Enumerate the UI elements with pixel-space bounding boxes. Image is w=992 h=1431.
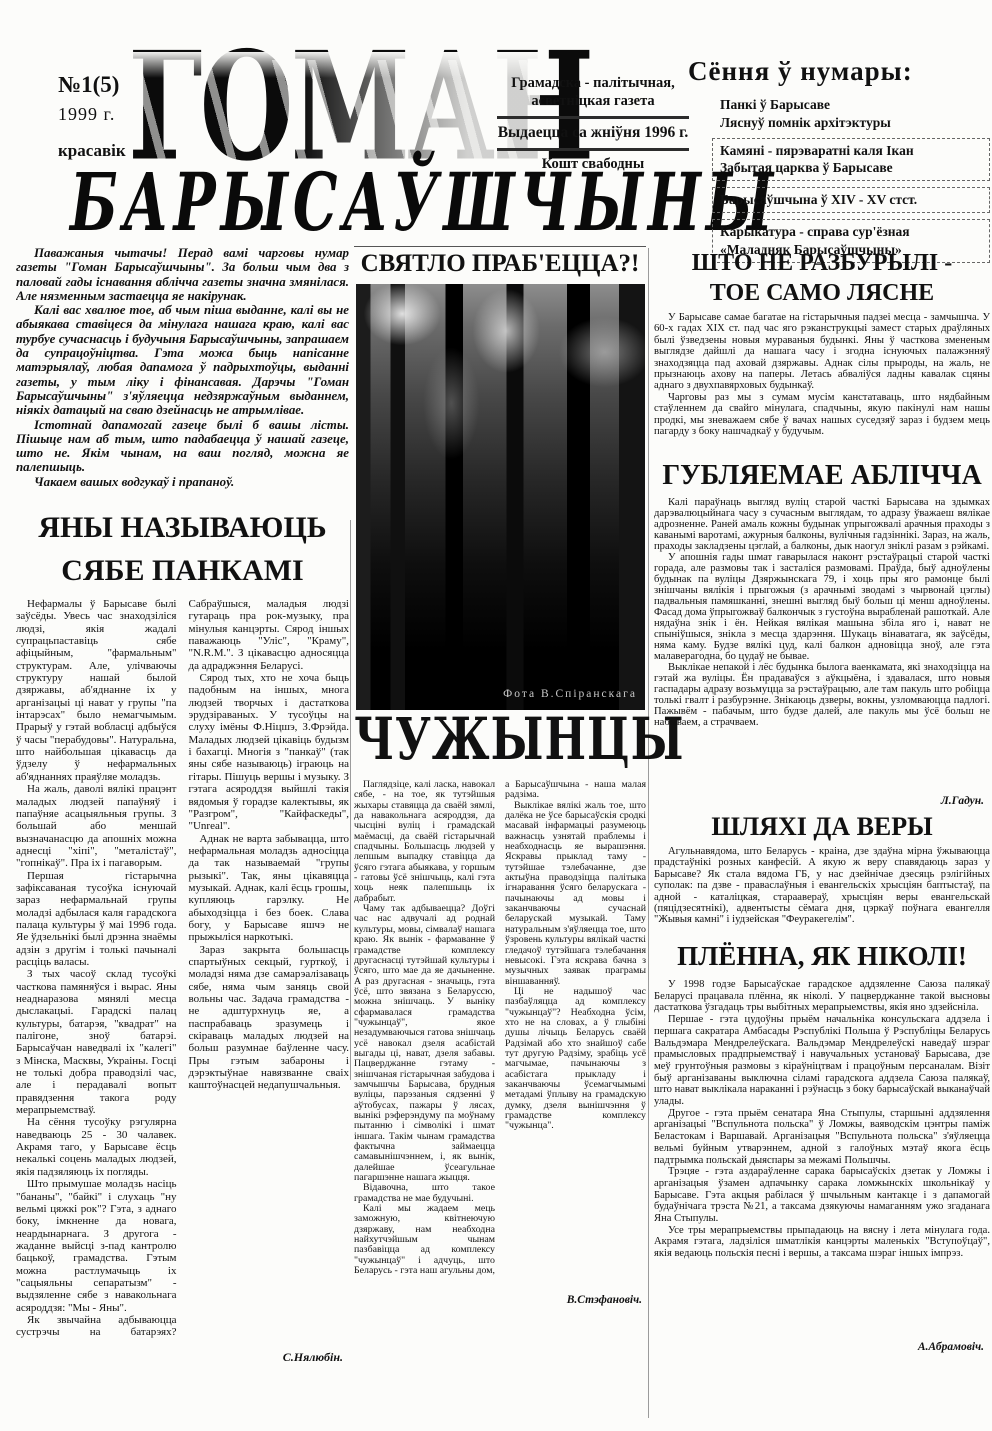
article-title-faith: ШЛЯХІ ДА ВЕРЫ xyxy=(654,812,990,842)
byline-fruitful: А.Абрамовіч. xyxy=(654,1341,984,1353)
today-in-issue-list: Панкі ў Барысаве Ляснуў помнік архітэкту… xyxy=(712,96,990,263)
byline-strangers: В.Стэфановіч. xyxy=(354,1294,642,1306)
paragraph: Калі параўнаць выгляд вуліц старой частк… xyxy=(654,497,990,552)
article-title-strangers: ЧУЖЫНЦЫ xyxy=(354,706,646,773)
toc-item: Камяні - пярэваратні каля Ікан Забытая ц… xyxy=(712,138,990,182)
toc-item: Панкі ў Барысаве Ляснуў помнік архітэкту… xyxy=(712,96,990,132)
toc-line: Камяні - пярэваратні каля Ікан xyxy=(720,142,982,160)
byline-punks: С.Нялюбін. xyxy=(16,1350,343,1365)
divider xyxy=(497,116,689,119)
paragraph: Аднак не варта забывацца, што нефармальн… xyxy=(189,833,350,944)
article-title-fruitful: ПЛЁННА, ЯК НІКОЛІ! xyxy=(654,941,990,972)
paragraph: Паглядзіце, калі ласка, навокал сябе, - … xyxy=(354,780,495,904)
title-line: СЯБЕ ПАНКАМІ xyxy=(16,549,349,592)
paragraph: Чаму так адбываецца? Доўгі час нас адвуч… xyxy=(354,904,495,1183)
column-divider xyxy=(350,520,351,1080)
paper-type-line1: Грамадска - палітычная, xyxy=(497,74,689,92)
price-label: Кошт свабодны xyxy=(497,156,689,173)
paragraph: Сярод тых, хто не хоча быць падобным на … xyxy=(189,672,350,832)
publication-info: Грамадска - палітычная, асветніцкая газе… xyxy=(497,74,689,173)
paragraph: Нефармалы ў Барысаве былі заўсёды. Увесь… xyxy=(16,598,177,783)
newspaper-front-page: №1(5) 1999 г. красавік ГОМАН БАРЫСАЎШЧЫН… xyxy=(0,0,992,1431)
toc-line: Забытая царква ў Барысаве xyxy=(720,159,982,177)
forest-photo: Фота В.Спіранскага xyxy=(356,284,645,710)
paragraph: Выклікае непакой і лёс будынка былога ва… xyxy=(654,662,990,728)
article-body-fruitful: У 1998 годзе Барысаўскае гарадское аддзя… xyxy=(654,979,990,1339)
paragraph: З тых часоў склад тусоўкі часткова памян… xyxy=(16,968,177,1116)
toc-line: Барысаўшчына ў XIV - XV стст. xyxy=(720,191,982,209)
toc-item: Барысаўшчына ў XIV - XV стст. xyxy=(712,187,990,213)
toc-line: Карыкатура - справа сур'ёзная xyxy=(720,223,982,241)
paragraph: Што прымушае моладзь насіць "бананы", "б… xyxy=(16,1178,177,1314)
paragraph: Трэцяе - гэта аздараўленне сарака барыса… xyxy=(654,1166,990,1225)
paragraph: Чарговы раз мы з сумам мусім канстатавац… xyxy=(654,392,990,438)
paragraph: Зараз закрыта большасць спартыўных секцы… xyxy=(189,944,350,1092)
paragraph: Ці не надышоў час пазбаўляцца ад комплек… xyxy=(505,987,646,1132)
published-since: Выдаецца са жніўня 1996 г. xyxy=(497,124,689,142)
title-line: ТОЕ САМО ЛЯСНЕ xyxy=(654,278,990,308)
paragraph: Першае - гэта цудоўны прыём начальніка к… xyxy=(654,1014,990,1108)
paragraph: На жаль, даволі вялікі працэнт маладых л… xyxy=(16,783,177,869)
paragraph: Істотнай дапамогай газеце былі б вашы лі… xyxy=(16,418,349,475)
article-body-punks: Нефармалы ў Барысаве былі заўсёды. Увесь… xyxy=(16,598,349,1346)
article-body-faith: Агульнавядома, што Беларусь - краіна, дз… xyxy=(654,846,990,944)
article-body-losing-face: Калі параўнаць выгляд вуліц старой частк… xyxy=(654,497,990,793)
byline-losing-face: Л.Гадун. xyxy=(654,795,984,807)
article-title-losing-face: ГУБЛЯЕМАЕ АБЛІЧЧА xyxy=(654,460,990,492)
paper-type-line2: асветніцкая газета xyxy=(497,92,689,110)
paragraph: Усе тры мерапрыемствы прыпадаюць на вясн… xyxy=(654,1225,990,1260)
toc-line: Ляснуў помнік архітэктуры xyxy=(720,114,990,132)
article-title-ruins: ШТО НЕ РАЗБУРЫЛІ - ТОЕ САМО ЛЯСНЕ xyxy=(654,248,990,308)
paragraph: Паважаныя чытачы! Перад вамі чарговы нум… xyxy=(16,246,349,303)
photo-credit: Фота В.Спіранскага xyxy=(503,688,637,700)
paragraph: У Барысаве самае багатае на гістарычныя … xyxy=(654,312,990,392)
article-title-punks: ЯНЫ НАЗЫВАЮЦЬ СЯБЕ ПАНКАМІ xyxy=(16,506,349,592)
editorial-intro: Паважаныя чытачы! Перад вамі чарговы нум… xyxy=(16,246,349,504)
photo-story-title: СВЯТЛО ПРАБ'ЕЦЦА?! xyxy=(354,246,646,278)
today-in-issue-title: Сёння ў нумары: xyxy=(688,56,988,87)
article-body-ruins: У Барысаве самае багатае на гістарычныя … xyxy=(654,312,990,464)
paragraph: Другое - гэта прыём сенатара Яна Стыпулы… xyxy=(654,1108,990,1167)
divider xyxy=(497,148,689,151)
toc-line: Панкі ў Барысаве xyxy=(720,96,990,114)
title-line: ЯНЫ НАЗЫВАЮЦЬ xyxy=(16,506,349,549)
paragraph: Чакаем вашых водгукаў і прапаноў. xyxy=(16,475,349,489)
column-divider xyxy=(648,248,649,1418)
paragraph: Відавочна, што такое грамадства не мае б… xyxy=(354,1183,495,1204)
paragraph: Калі вас хвалюе тое, аб чым піша выданне… xyxy=(16,303,349,417)
paragraph: У апошнія гады шмат гаварылася наконт рэ… xyxy=(654,552,990,662)
paragraph: У 1998 годзе Барысаўскае гарадское аддзя… xyxy=(654,979,990,1014)
article-body-strangers: Паглядзіце, калі ласка, навокал сябе, - … xyxy=(354,780,646,1292)
paragraph: На сёння тусоўку рэгулярна наведваюць 25… xyxy=(16,1116,177,1178)
paragraph: Выклікае вялікі жаль тое, што далёка не … xyxy=(505,801,646,987)
paragraph: Першая гістарычна зафіксаваная тусоўка і… xyxy=(16,870,177,969)
paragraph: Агульнавядома, што Беларусь - краіна, дз… xyxy=(654,846,990,926)
title-line: ШТО НЕ РАЗБУРЫЛІ - xyxy=(654,248,990,278)
